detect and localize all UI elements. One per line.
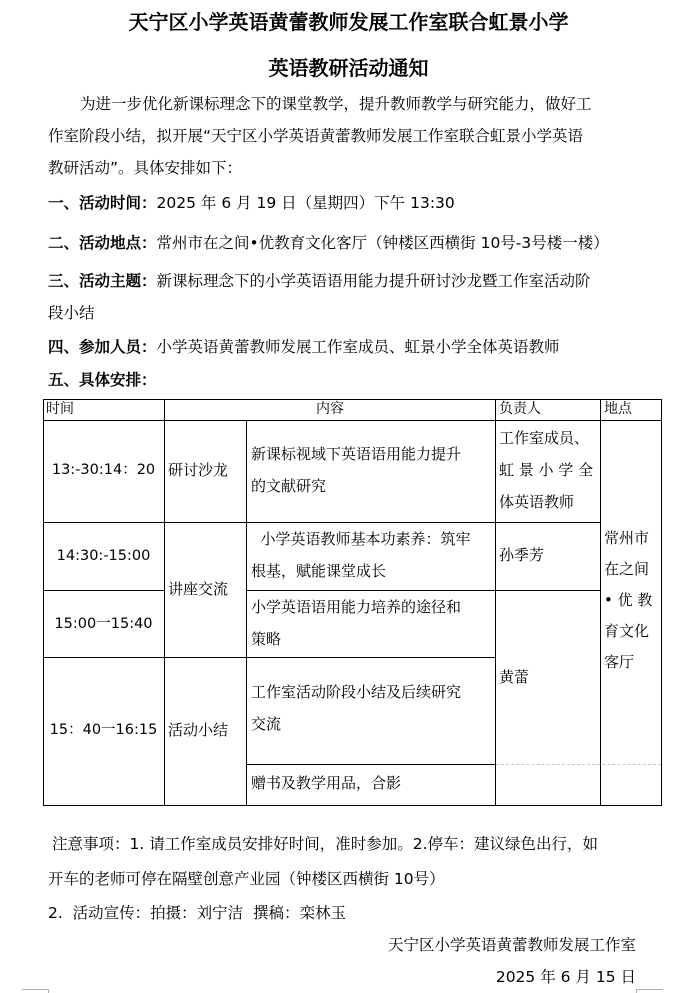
title-line-1: 天宁区小学英语黄蕾教师发展工作室联合虹景小学 [0, 6, 697, 35]
row4-content-2: 交流 [251, 709, 281, 740]
row2-person: 孙季芳 [499, 540, 544, 571]
notes-line-3: 2. 活动宣传：拍摄：刘宁洁 撰稿：栾林玉 [48, 898, 648, 928]
section-theme-label: 三、活动主题： [48, 271, 157, 290]
row4-type: 活动小结 [168, 715, 228, 746]
row3-content-2: 策略 [251, 624, 281, 655]
row1-content-2: 的文献研究 [251, 471, 326, 502]
signature-date: 2025 年 6 月 15 日 [36, 962, 636, 992]
location-line-3: • 优 教 [604, 585, 652, 616]
section-participants-label: 四、参加人员： [48, 337, 157, 356]
section-participants: 四、参加人员：小学英语黄蕾教师发展工作室成员、虹景小学全体英语教师 [48, 332, 648, 362]
page-corner-mark-right [636, 989, 663, 993]
section-location: 二、活动地点：常州市在之间•优教育文化客厅（钟楼区西横街 10号-3号楼一楼） [48, 228, 648, 258]
notes-line-2: 开车的老师可停在隔壁创意产业园（钟楼区西横街 10号） [48, 864, 648, 894]
row3-time: 15:00一15:40 [43, 609, 164, 640]
row1-content-1: 新课标视域下英语语用能力提升 [251, 439, 461, 470]
section-theme: 三、活动主题：新课标理念下的小学英语语用能力提升研讨沙龙暨工作室活动阶 [48, 266, 648, 296]
signature-org: 天宁区小学英语黄蕾教师发展工作室 [36, 930, 636, 960]
location-line-5: 客厅 [604, 647, 634, 678]
header-content: 内容 [165, 399, 495, 419]
section-location-text: 常州市在之间•优教育文化客厅（钟楼区西横街 10号-3号楼一楼） [157, 234, 609, 252]
section-schedule-label: 五、具体安排： [48, 370, 157, 389]
intro-line-2: 作室阶段小结，拟开展“天宁区小学英语黄蕾教师发展工作室联合虹景小学英语 [48, 121, 648, 151]
section-schedule: 五、具体安排： [48, 365, 648, 395]
section-location-label: 二、活动地点： [48, 233, 157, 252]
section-time-text: 2025 年 6 月 19 日（星期四）下午 13:30 [157, 194, 455, 212]
location-line-4: 育文化 [604, 616, 649, 647]
section-time-label: 一、活动时间： [48, 193, 157, 212]
schedule-table: 时间 内容 负责人 地点 13:-30:14：20 研讨沙龙 新课标视域下英语语… [43, 399, 662, 806]
title-line-2: 英语教研活动通知 [0, 52, 697, 81]
section-theme-text: 新课标理念下的小学英语语用能力提升研讨沙龙暨工作室活动阶 [157, 272, 591, 290]
row2-time: 14:30:-15:00 [43, 541, 164, 572]
row2-type: 讲座交流 [168, 574, 228, 605]
page-corner-mark-left [22, 989, 49, 993]
row2-content-2: 根基，赋能课堂成长 [251, 556, 386, 587]
row1-person-1: 工作室成员、 [499, 423, 589, 454]
row5-content: 赠书及教学用品，合影 [251, 768, 401, 799]
row3-person: 黄蕾 [499, 662, 529, 693]
section-participants-text: 小学英语黄蕾教师发展工作室成员、虹景小学全体英语教师 [157, 338, 560, 356]
notes-line-1: 注意事项：1. 请工作室成员安排好时间，准时参加。2.停车：建议绿色出行，如 [52, 829, 652, 859]
header-person: 负责人 [499, 399, 541, 419]
location-line-2: 在之间 [604, 554, 649, 585]
intro-line-3: 教研活动”。具体安排如下： [48, 153, 648, 183]
row3-content-1: 小学英语语用能力培养的途径和 [251, 592, 461, 623]
header-time: 时间 [46, 399, 74, 419]
row1-time: 13:-30:14：20 [43, 455, 164, 486]
header-location: 地点 [604, 399, 632, 419]
row1-type: 研讨沙龙 [168, 455, 228, 486]
section-theme-cont: 段小结 [48, 298, 648, 328]
row1-person-2: 虹 景 小 学 全 [499, 455, 593, 486]
row2-content-1: 小学英语教师基本功素养：筑牢 [251, 524, 471, 555]
row4-content-1: 工作室活动阶段小结及后续研究 [251, 677, 461, 708]
section-time: 一、活动时间：2025 年 6 月 19 日（星期四）下午 13:30 [48, 188, 648, 218]
row4-time: 15：40一16:15 [43, 715, 164, 746]
location-line-1: 常州市 [604, 523, 649, 554]
row1-person-3: 体英语教师 [499, 487, 574, 518]
intro-line-1: 为进一步优化新课标理念下的课堂教学，提升教师教学与研究能力，做好工 [80, 89, 680, 119]
